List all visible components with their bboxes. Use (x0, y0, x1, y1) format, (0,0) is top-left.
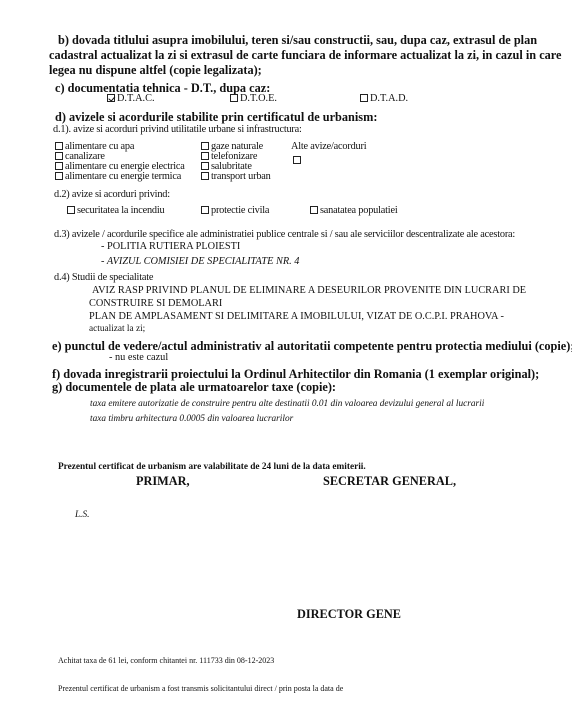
checkbox-label: securitatea la incendiu (77, 205, 164, 216)
checkbox-icon (55, 172, 63, 180)
tax-line-2: taxa timbru arhitectura 0.0005 din valoa… (90, 414, 293, 424)
checkbox-label: transport urban (211, 171, 271, 182)
checkbox-icon (201, 142, 209, 150)
checkbox-dtad[interactable]: D.T.A.D. (360, 93, 408, 104)
checkbox-protectie-civila[interactable]: protectie civila (201, 205, 269, 216)
checkbox-label: D.T.O.E. (240, 93, 277, 104)
checkbox-label: protectie civila (211, 205, 269, 216)
checkbox-transport-urban[interactable]: transport urban (201, 171, 271, 182)
checkbox-energie-termica[interactable]: alimentare cu energie termica (55, 171, 181, 182)
other-approvals-label: Alte avize/acorduri (291, 141, 366, 152)
d4-line4: actualizat la zi; (89, 324, 145, 334)
checkbox-icon (360, 94, 368, 102)
checkbox-dtac[interactable]: D.T.A.C. (107, 93, 155, 104)
signature-director: DIRECTOR GENE (297, 607, 401, 622)
payment-note: Achitat taxa de 61 lei, conform chitante… (58, 656, 274, 665)
section-d4-title: d.4) Studii de specialitate (54, 272, 153, 283)
checkbox-dtoe[interactable]: D.T.O.E. (230, 93, 277, 104)
d4-line3: PLAN DE AMPLASAMENT SI DELIMITARE A IMOB… (89, 311, 504, 322)
checkbox-icon (55, 142, 63, 150)
section-d2-title: d.2) avize si acorduri privind: (54, 189, 170, 200)
transmission-note: Prezentul certificat de urbanism a fost … (58, 684, 343, 693)
checkbox-icon (293, 156, 301, 164)
section-b-line3: legea nu dispune altfel (copie legalizat… (49, 63, 262, 78)
checkbox-label: alimentare cu energie termica (65, 171, 181, 182)
section-d1-title: d.1). avize si acorduri privind utilitat… (53, 124, 302, 135)
checkbox-icon (55, 162, 63, 170)
section-d-title: d) avizele si acordurile stabilite prin … (55, 110, 377, 125)
section-d3-title: d.3) avizele / acordurile specifice ale … (54, 229, 515, 240)
tax-line-1: taxa emitere autorizatie de construire p… (90, 399, 484, 409)
checkbox-other-approvals[interactable] (293, 155, 303, 166)
d4-line1: AVIZ RASP PRIVIND PLANUL DE ELIMINARE A … (92, 285, 526, 296)
section-g-title: g) documentele de plata ale urmatoarelor… (52, 380, 336, 395)
section-b-line1: b) dovada titlului asupra imobilului, te… (58, 33, 537, 48)
checkbox-icon (310, 206, 318, 214)
section-b-line2: cadastral actualizat la zi si extrasul d… (49, 48, 562, 63)
ls-stamp-mark: L.S. (75, 510, 89, 520)
checkbox-icon (201, 162, 209, 170)
d4-line2: CONSTRUIRE SI DEMOLARI (89, 298, 222, 309)
checkbox-label: D.T.A.D. (370, 93, 408, 104)
checkbox-label: D.T.A.C. (117, 93, 155, 104)
signature-primar: PRIMAR, (136, 474, 190, 489)
d3-item-aviz-comisie: - AVIZUL COMISIEI DE SPECIALITATE NR. 4 (101, 256, 299, 267)
checkbox-icon (67, 206, 75, 214)
checkbox-label: sanatatea populatiei (320, 205, 397, 216)
checkbox-checked-icon (107, 94, 115, 102)
validity-statement: Prezentul certificat de urbanism are val… (58, 462, 366, 472)
checkbox-icon (201, 172, 209, 180)
signature-secretar-general: SECRETAR GENERAL, (323, 474, 456, 489)
checkbox-icon (230, 94, 238, 102)
section-e-note: - nu este cazul (109, 352, 168, 363)
d3-item-politia-rutiera: - POLITIA RUTIERA PLOIESTI (101, 241, 240, 252)
checkbox-icon (201, 152, 209, 160)
checkbox-securitate-incendiu[interactable]: securitatea la incendiu (67, 205, 164, 216)
checkbox-sanatatea-populatiei[interactable]: sanatatea populatiei (310, 205, 397, 216)
checkbox-icon (55, 152, 63, 160)
checkbox-icon (201, 206, 209, 214)
